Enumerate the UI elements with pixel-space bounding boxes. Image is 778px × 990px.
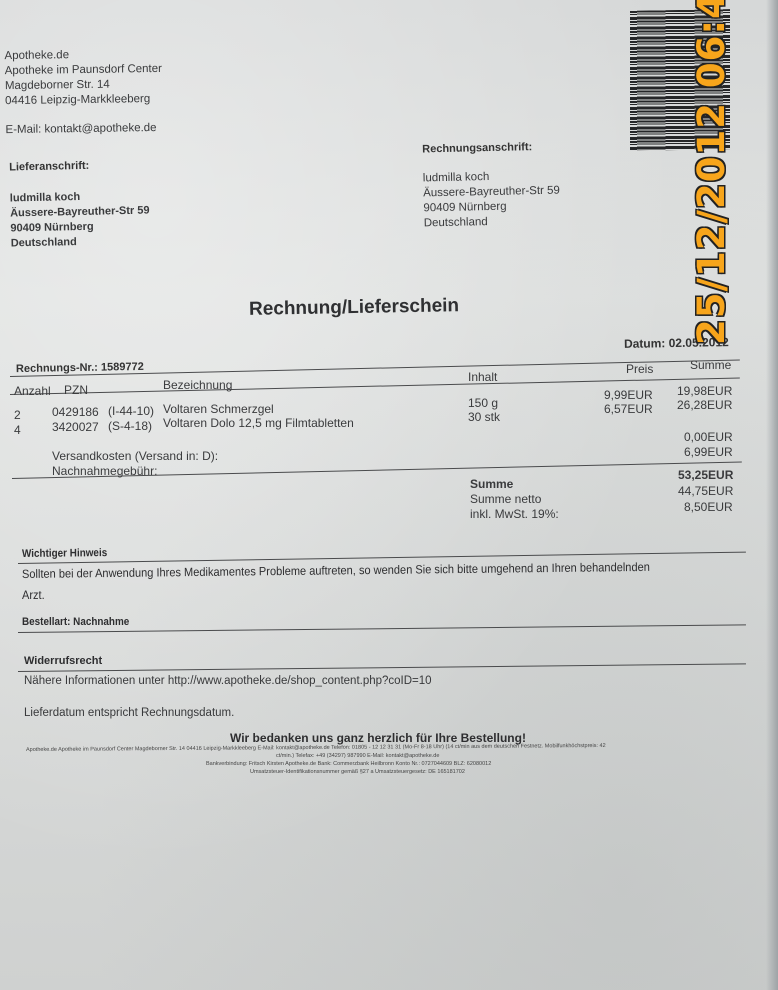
billing-line: Äussere-Bayreuther-Str 59	[423, 184, 560, 202]
row-total: 19,98EUR	[677, 384, 732, 398]
col-header-content: Inhalt	[468, 370, 497, 384]
col-header-pzn: PZN	[64, 383, 88, 397]
delivery-date-note: Lieferdatum entspricht Rechnungsdatum.	[24, 707, 234, 719]
row-total: 26,28EUR	[677, 398, 732, 412]
row-code: (S-4-18)	[108, 419, 152, 433]
footer-line4: Umsatzsteuer-Identifikationsnummer gemäß…	[250, 769, 465, 777]
notice-text-line2: Arzt.	[22, 588, 45, 602]
paper-edge-shadow	[766, 0, 778, 990]
row-price: 6,57EUR	[604, 402, 653, 416]
sender-line: Apotheke im Paunsdorf Center	[5, 62, 162, 79]
row-pzn: 3420027	[52, 420, 99, 434]
delivery-address: Lieferanschrift: ludmilla koch Äussere-B…	[9, 159, 150, 252]
net-value: 44,75EUR	[678, 484, 733, 498]
withdrawal-heading: Widerrufsrecht	[24, 655, 102, 667]
billing-address: Rechnungsanschrift: ludmilla koch Äusser…	[422, 141, 561, 232]
net-label: Summe netto	[470, 492, 541, 506]
row-content: 150 g	[468, 396, 498, 410]
col-header-desc: Bezeichnung	[163, 378, 232, 392]
row-pzn: 0429186	[52, 405, 99, 419]
photo-timestamp: 25/12/2012 06:41	[690, 0, 733, 345]
shipping-value: 0,00EUR	[684, 430, 733, 444]
withdrawal-info: Nähere Informationen unter http://www.ap…	[24, 675, 432, 687]
sum-value: 53,25EUR	[678, 468, 733, 482]
notice-heading: Wichtiger Hinweis	[22, 547, 107, 560]
row-desc: Voltaren Schmerzgel	[163, 402, 274, 416]
billing-line: Deutschland	[424, 214, 561, 232]
row-qty: 2	[14, 408, 21, 422]
rule-withdrawal	[18, 663, 746, 672]
delivery-line: Äussere-Bayreuther-Str 59	[10, 204, 150, 222]
delivery-line: Deutschland	[11, 234, 151, 252]
col-header-total: Summe	[690, 358, 731, 372]
withdrawal-info-text: Nähere Informationen unter http://www.ap…	[24, 675, 432, 687]
col-header-qty: Anzahl	[14, 384, 51, 398]
row-desc: Voltaren Dolo 12,5 mg Filmtabletten	[163, 416, 354, 430]
footer-line2: ct/min.) Telefax: +49 (34297) 987990 E-M…	[276, 753, 439, 761]
invoice-paper: Apotheke.de Apotheke im Paunsdorf Center…	[0, 0, 778, 990]
sender-address: Apotheke.de Apotheke im Paunsdorf Center…	[4, 47, 162, 138]
sender-email: E-Mail: kontakt@apotheke.de	[5, 121, 162, 138]
sum-label: Summe	[470, 477, 513, 491]
row-qty: 4	[14, 423, 21, 437]
row-content: 30 stk	[468, 410, 500, 424]
cod-value: 6,99EUR	[684, 445, 733, 459]
row-code: (I-44-10)	[108, 404, 154, 418]
vat-value: 8,50EUR	[684, 500, 733, 514]
order-type: Bestellart: Nachnahme	[22, 616, 129, 628]
row-price: 9,99EUR	[604, 388, 653, 402]
col-header-price: Preis	[626, 362, 653, 376]
notice-text-line1: Sollten bei der Anwendung Ihres Medikame…	[22, 560, 650, 581]
document-title: Rechnung/Lieferschein	[249, 295, 459, 321]
shipping-label: Versandkosten (Versand in: D):	[52, 449, 218, 463]
vat-label: inkl. MwSt. 19%:	[470, 507, 559, 521]
sender-line: 04416 Leipzig-Markkleeberg	[5, 92, 162, 109]
footer-line3: Bankverbindung: Fritsch Kirsten Apotheke…	[206, 761, 491, 769]
